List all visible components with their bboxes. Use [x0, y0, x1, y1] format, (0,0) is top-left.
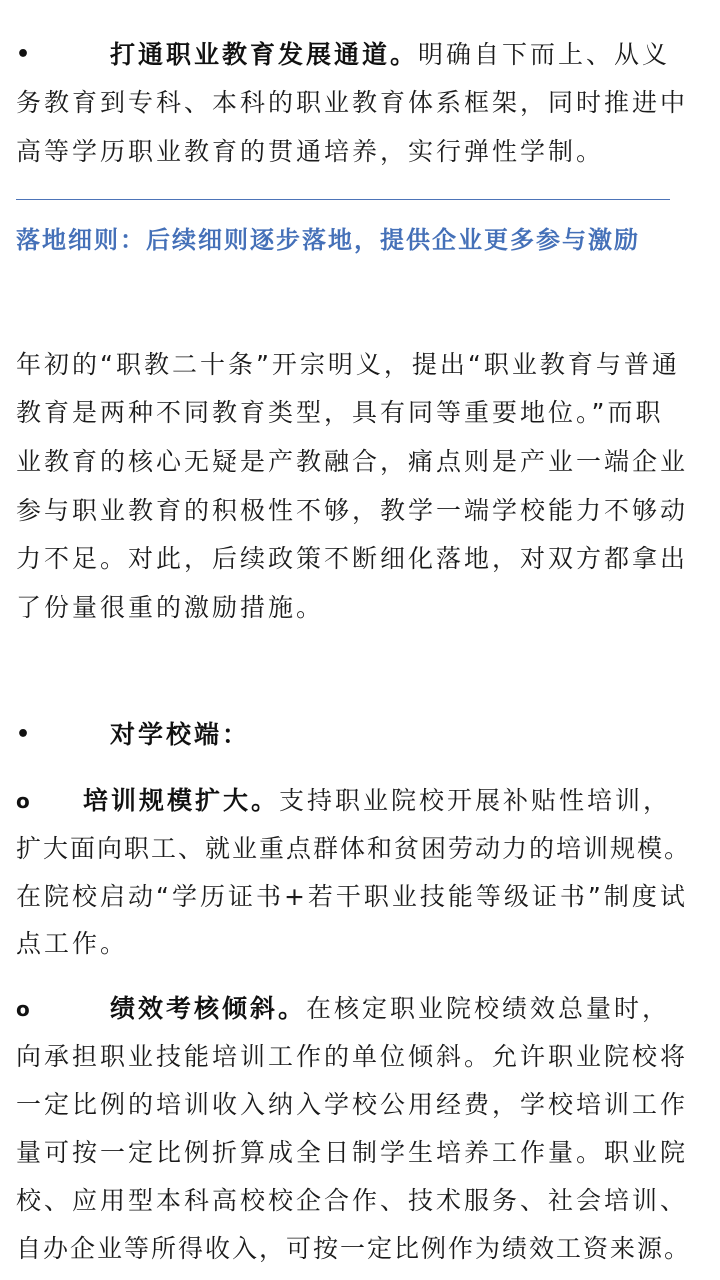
- section-divider: [16, 199, 670, 200]
- text-line: 力不足。对此，后续政策不断细化落地，对双方都拿出: [16, 544, 688, 574]
- text-line: 业教育的核心无疑是产教融合，痛点则是产业一端企业: [16, 447, 688, 477]
- text-line: 量可按一定比例折算成全日制学生培养工作量。职业院: [16, 1138, 688, 1168]
- bullet-dot-icon: •: [16, 720, 30, 750]
- bold-label: 对学校端：: [110, 720, 250, 750]
- text-line: 务教育到专科、本科的职业教育体系框架，同时推进中: [16, 88, 688, 118]
- text-line: 一定比例的培训收入纳入学校公用经费，学校培训工作: [16, 1090, 688, 1120]
- text-line: 在院校启动“学历证书+若干职业技能等级证书”制度试: [16, 882, 688, 912]
- text-line: 向承担职业技能培训工作的单位倾斜。允许职业院校将: [16, 1042, 688, 1072]
- text-line: 自办企业等所得收入，可按一定比例作为绩效工资来源。: [16, 1234, 691, 1264]
- text-line: 参与职业教育的积极性不够，教学一端学校能力不够动: [16, 496, 688, 526]
- text-line: 点工作。: [16, 929, 128, 959]
- text-line: 绩效考核倾斜。在核定职业院校绩效总量时，: [110, 994, 670, 1024]
- bullet-circle-icon: o: [16, 994, 30, 1024]
- bullet-circle-icon: o: [16, 786, 30, 816]
- line-text: 支持职业院校开展补贴性培训，: [279, 786, 671, 815]
- bold-lead: 绩效考核倾斜。: [110, 994, 306, 1023]
- section-heading: 落地细则：后续细则逐步落地，提供企业更多参与激励: [16, 225, 640, 255]
- text-line: 打通职业教育发展通道。明确自下而上、从义: [110, 40, 670, 70]
- line-text: 在核定职业院校绩效总量时，: [306, 994, 670, 1023]
- text-line: 高等学历职业教育的贯通培养，实行弹性学制。: [16, 137, 604, 167]
- text-line: 培训规模扩大。支持职业院校开展补贴性培训，: [83, 786, 671, 816]
- document-page: • 打通职业教育发展通道。明确自下而上、从义 务教育到专科、本科的职业教育体系框…: [0, 0, 720, 1280]
- text-line: 年初的“职教二十条”开宗明义，提出“职业教育与普通: [16, 350, 680, 380]
- text-line: 了份量很重的激励措施。: [16, 593, 324, 623]
- bold-lead: 培训规模扩大。: [83, 786, 279, 815]
- text-line: 扩大面向职工、就业重点群体和贫困劳动力的培训规模。: [16, 834, 691, 864]
- text-line: 校、应用型本科高校校企合作、技术服务、社会培训、: [16, 1186, 688, 1216]
- text-line: 教育是两种不同教育类型，具有同等重要地位。”而职: [16, 398, 663, 428]
- bullet-dot-icon: •: [16, 40, 30, 70]
- line-text: 明确自下而上、从义: [418, 40, 670, 69]
- bold-lead: 打通职业教育发展通道。: [110, 40, 418, 69]
